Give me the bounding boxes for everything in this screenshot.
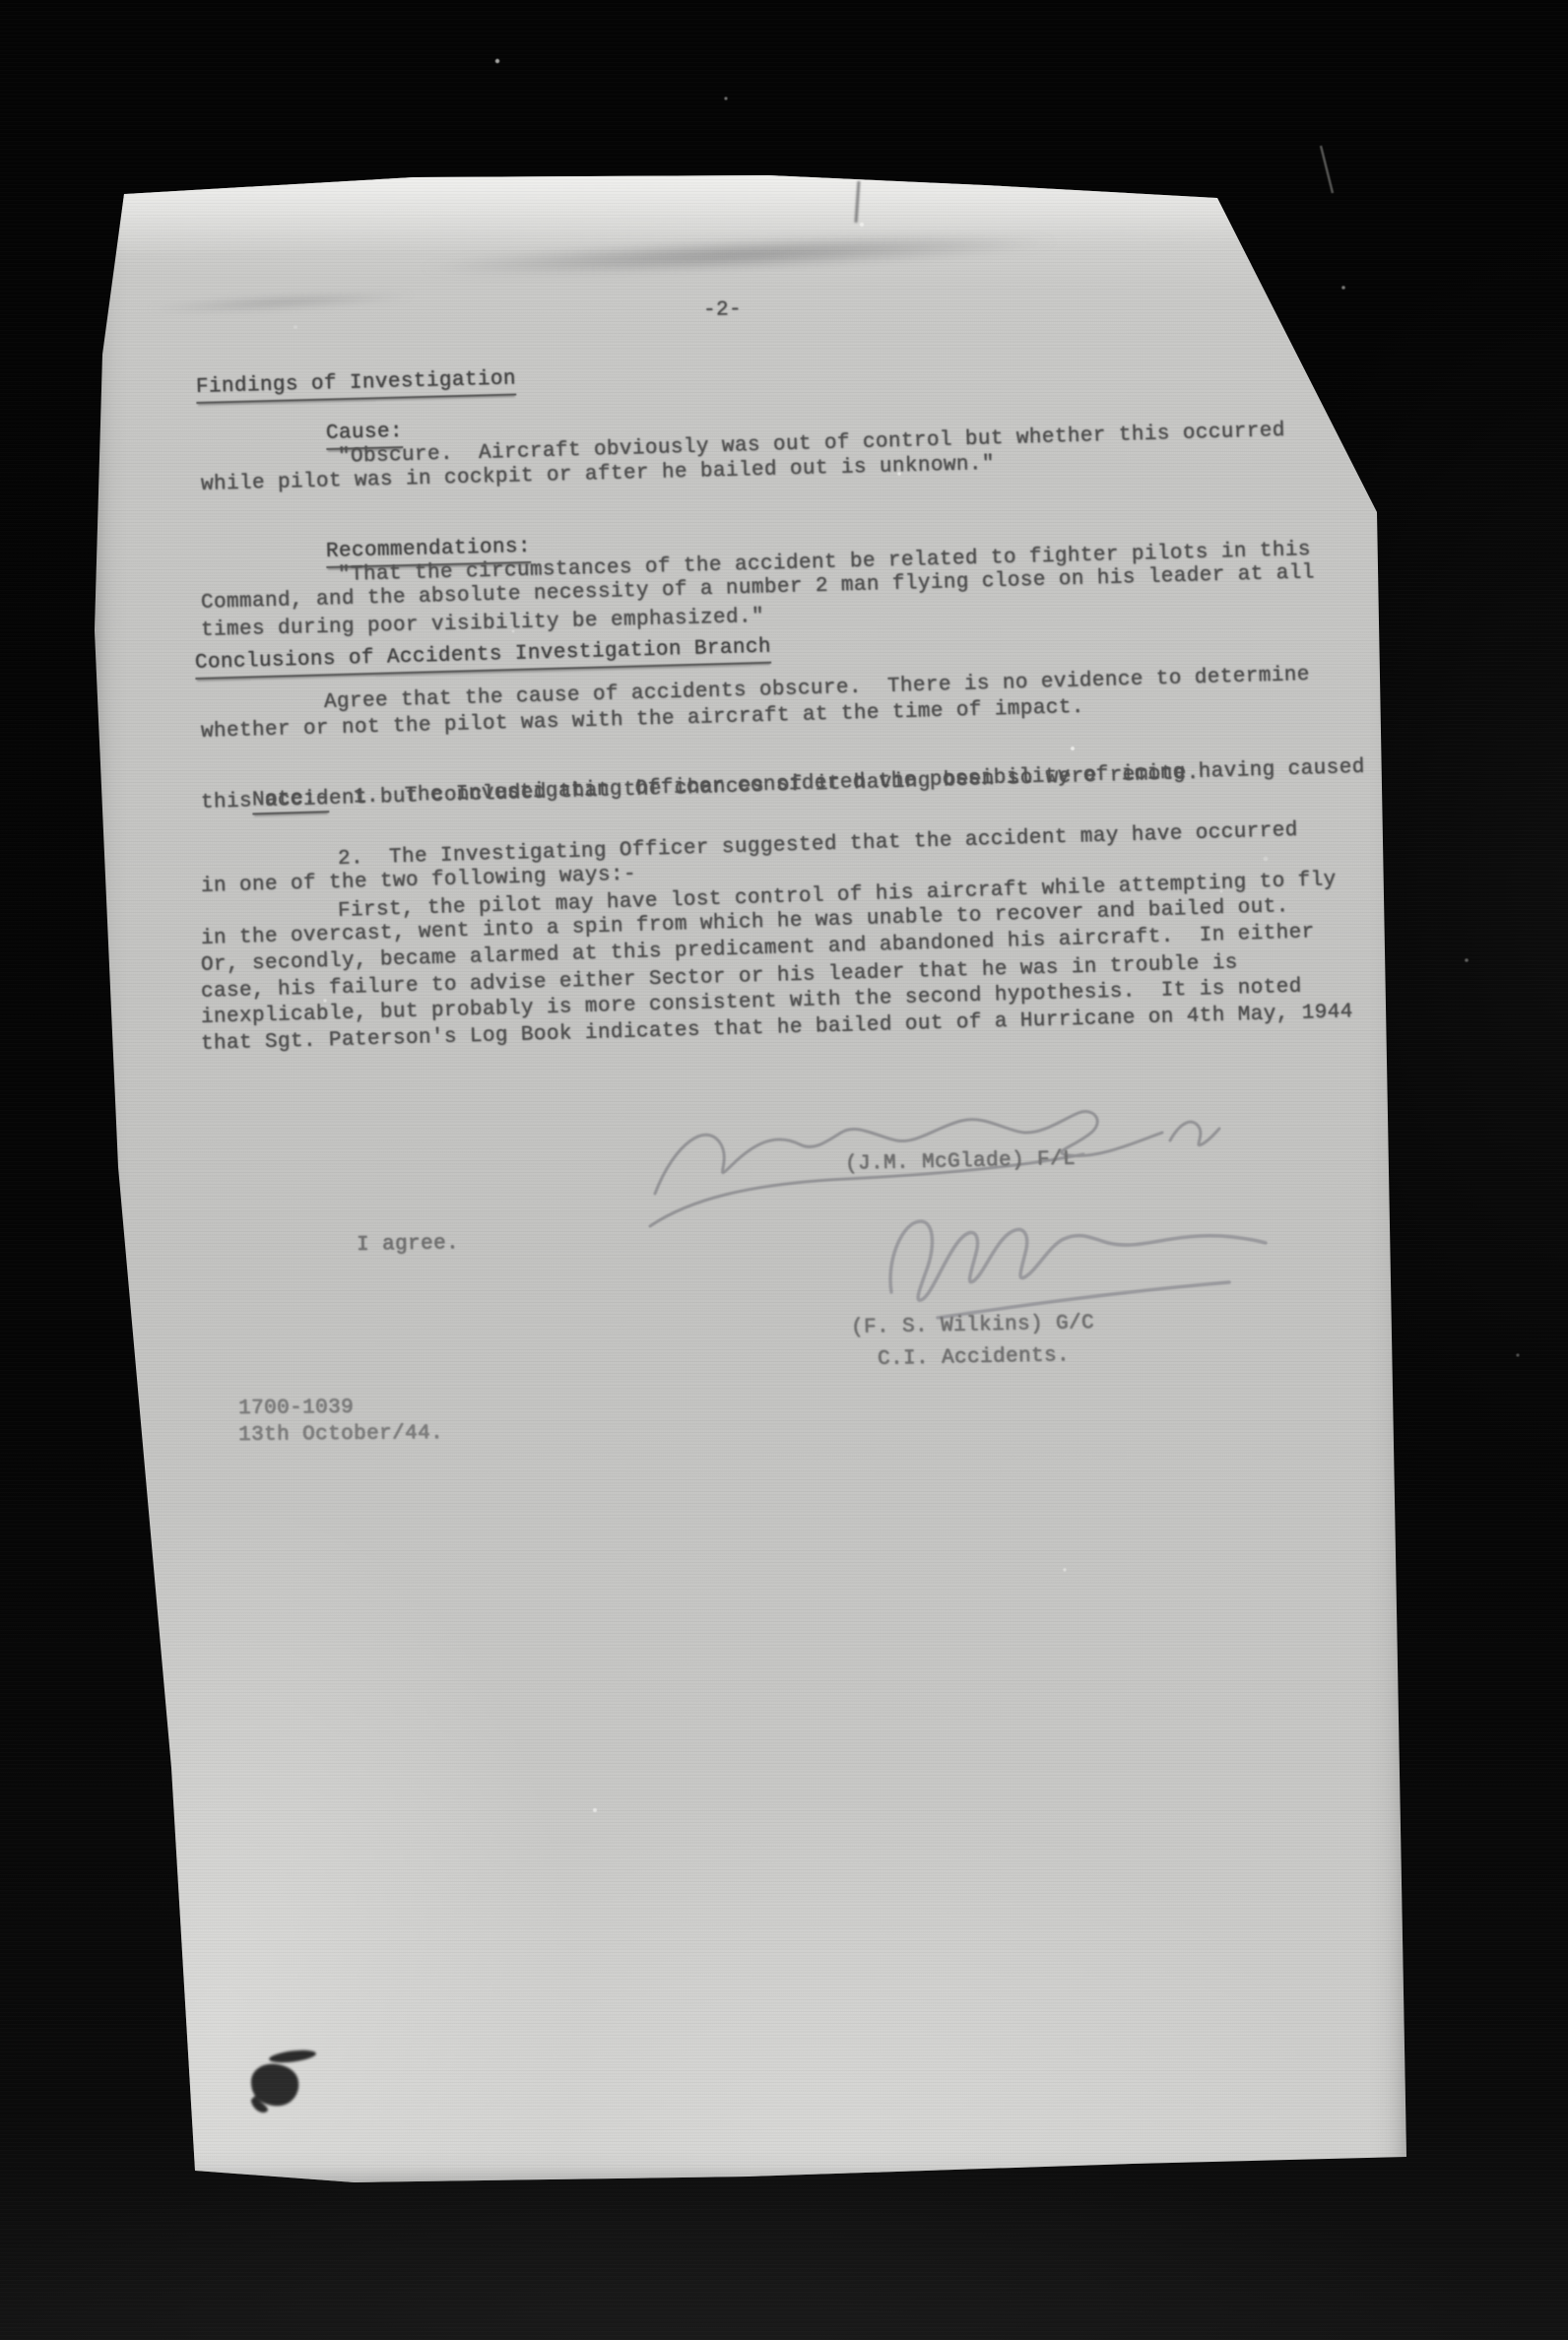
- investigator-typed-name: (J.M. McGlade) F/L: [845, 1147, 1077, 1178]
- page-number: -2-: [703, 297, 743, 324]
- document-date: 13th October/44.: [238, 1421, 443, 1449]
- scanned-document-page: -2- Findings of Investigation Cause: "Ob…: [0, 0, 1568, 2340]
- approver-title: C.I. Accidents.: [878, 1343, 1070, 1373]
- approver-typed-name: (F. S. Wilkins) G/C: [851, 1311, 1095, 1341]
- agreement-text: I agree.: [357, 1231, 459, 1259]
- corner-scratch: [1321, 146, 1333, 193]
- file-number: 1700-1039: [238, 1396, 354, 1422]
